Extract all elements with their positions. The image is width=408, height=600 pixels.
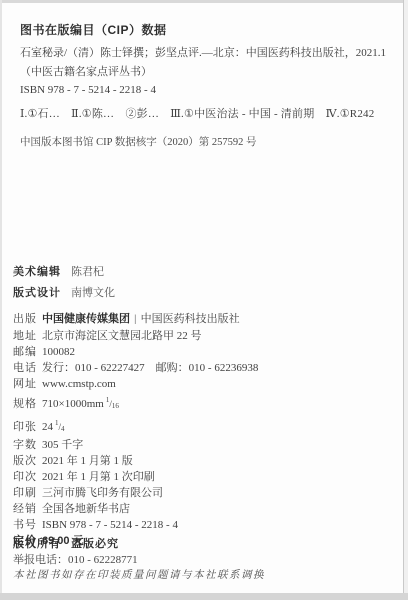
- quality-note-line: 本社图书如存在印装质量问题请与本社联系调换: [13, 568, 400, 584]
- credit-label: 美术编辑: [13, 266, 61, 278]
- row-value: 三河市腾飞印务有限公司: [42, 487, 163, 499]
- row-label: 电话: [13, 360, 42, 376]
- pub-row-impression: 印次2021 年 1 月第 1 次印刷: [13, 469, 400, 485]
- row-label: 规格: [13, 396, 42, 412]
- scan-edge-right: [403, 0, 404, 600]
- copyright-notice: 版权所有盗版必究: [13, 536, 400, 552]
- scan-edge-bottom: [0, 593, 408, 600]
- row-label: 版次: [13, 453, 42, 469]
- pub-row-book-number: 书号ISBN 978 - 7 - 5214 - 2218 - 4: [13, 517, 400, 533]
- pub-row-address: 地址北京市海淀区文慧园北路甲 22 号: [13, 328, 400, 344]
- row-value: 241/4: [42, 421, 65, 433]
- scan-edge-right-margin: [404, 0, 408, 600]
- format-fraction-denominator: 16: [112, 402, 119, 410]
- publisher-separator: |: [134, 314, 137, 325]
- credit-value: 陈君杞: [71, 266, 104, 278]
- row-value: 710×1000mm1/16: [42, 398, 119, 410]
- scanned-copyright-page: 图书在版编目（CIP）数据 石室秘录/（清）陈士铎撰；彭坚点评.—北京：中国医药…: [0, 0, 408, 600]
- publisher-name: 中国医药科技出版社: [141, 313, 240, 325]
- credit-row-layout-design: 版式设计南博文化: [13, 283, 115, 304]
- cip-heading: 图书在版编目（CIP）数据: [20, 21, 394, 40]
- cip-record-line: 中国版本图书馆 CIP 数据核字（2020）第 257592 号: [20, 133, 394, 152]
- piracy-warning: 盗版必究: [71, 538, 119, 550]
- row-label: 书号: [13, 517, 42, 533]
- row-label: 印刷: [13, 485, 42, 501]
- cip-description-line: 石室秘录/（清）陈士铎撰；彭坚点评.—北京：中国医药科技出版社，2021.1: [20, 44, 394, 63]
- pub-row-distributor: 经销全国各地新华书店: [13, 501, 400, 517]
- format-size: 710×1000mm: [42, 398, 104, 410]
- pub-row-publisher: 出版中国健康传媒集团|中国医药科技出版社: [13, 311, 400, 328]
- row-label: 字数: [13, 437, 42, 453]
- row-value: 全国各地新华书店: [42, 503, 130, 515]
- row-label: 经销: [13, 501, 42, 517]
- cip-data-block: 图书在版编目（CIP）数据 石室秘录/（清）陈士铎撰；彭坚点评.—北京：中国医药…: [20, 21, 394, 152]
- row-label: 网址: [13, 376, 42, 392]
- credit-label: 版式设计: [13, 287, 61, 299]
- report-phone-line: 举报电话：010 - 62228771: [13, 552, 400, 568]
- pub-row-word-count: 字数305 千字: [13, 437, 400, 453]
- cip-series-line: （中医古籍名家点评丛书）: [20, 63, 394, 82]
- row-value: 发行：010 - 62227427 邮购：010 - 62236938: [42, 362, 258, 374]
- scan-edge-left: [0, 0, 2, 600]
- credit-row-art-editor: 美术编辑陈君杞: [13, 262, 115, 283]
- cip-isbn-line: ISBN 978 - 7 - 5214 - 2218 - 4: [20, 82, 394, 98]
- credits-block: 美术编辑陈君杞 版式设计南博文化: [13, 262, 115, 304]
- pub-row-printer: 印刷三河市腾飞印务有限公司: [13, 485, 400, 501]
- row-label: 地址: [13, 328, 42, 344]
- row-value: 305 千字: [42, 439, 83, 451]
- publisher-group: 中国健康传媒集团: [42, 313, 130, 325]
- row-value: 2021 年 1 月第 1 次印刷: [42, 471, 155, 483]
- row-value: 100082: [42, 346, 75, 358]
- pub-row-format: 规格710×1000mm1/16: [13, 392, 400, 414]
- pub-row-sheets: 印张241/4: [13, 415, 400, 437]
- row-label: 印张: [13, 419, 42, 435]
- scan-edge-top: [0, 0, 408, 3]
- publication-info-block: 出版中国健康传媒集团|中国医药科技出版社 地址北京市海淀区文慧园北路甲 22 号…: [13, 311, 400, 549]
- row-value: 2021 年 1 月第 1 版: [42, 455, 133, 467]
- pub-row-phone: 电话发行：010 - 62227427 邮购：010 - 62236938: [13, 360, 400, 376]
- pub-row-website: 网址www.cmstp.com: [13, 376, 400, 392]
- sheets-fraction-denominator: 4: [61, 425, 65, 433]
- copyright-label: 版权所有: [13, 538, 61, 550]
- row-label: 印次: [13, 469, 42, 485]
- sheets-count: 24: [42, 421, 53, 433]
- cip-classification-line: Ⅰ.①石… Ⅱ.①陈… ②彭… Ⅲ.①中医治法 - 中国 - 清前期 Ⅳ.①R2…: [20, 105, 394, 124]
- row-value: www.cmstp.com: [42, 378, 116, 390]
- footer-notices: 版权所有盗版必究 举报电话：010 - 62228771 本社图书如存在印装质量…: [13, 536, 400, 584]
- credit-value: 南博文化: [71, 287, 115, 299]
- pub-row-edition: 版次2021 年 1 月第 1 版: [13, 453, 400, 469]
- row-label: 邮编: [13, 344, 42, 360]
- pub-row-postcode: 邮编100082: [13, 344, 400, 360]
- row-label: 出版: [13, 311, 42, 327]
- row-value: 北京市海淀区文慧园北路甲 22 号: [42, 330, 202, 342]
- row-value: ISBN 978 - 7 - 5214 - 2218 - 4: [42, 519, 178, 531]
